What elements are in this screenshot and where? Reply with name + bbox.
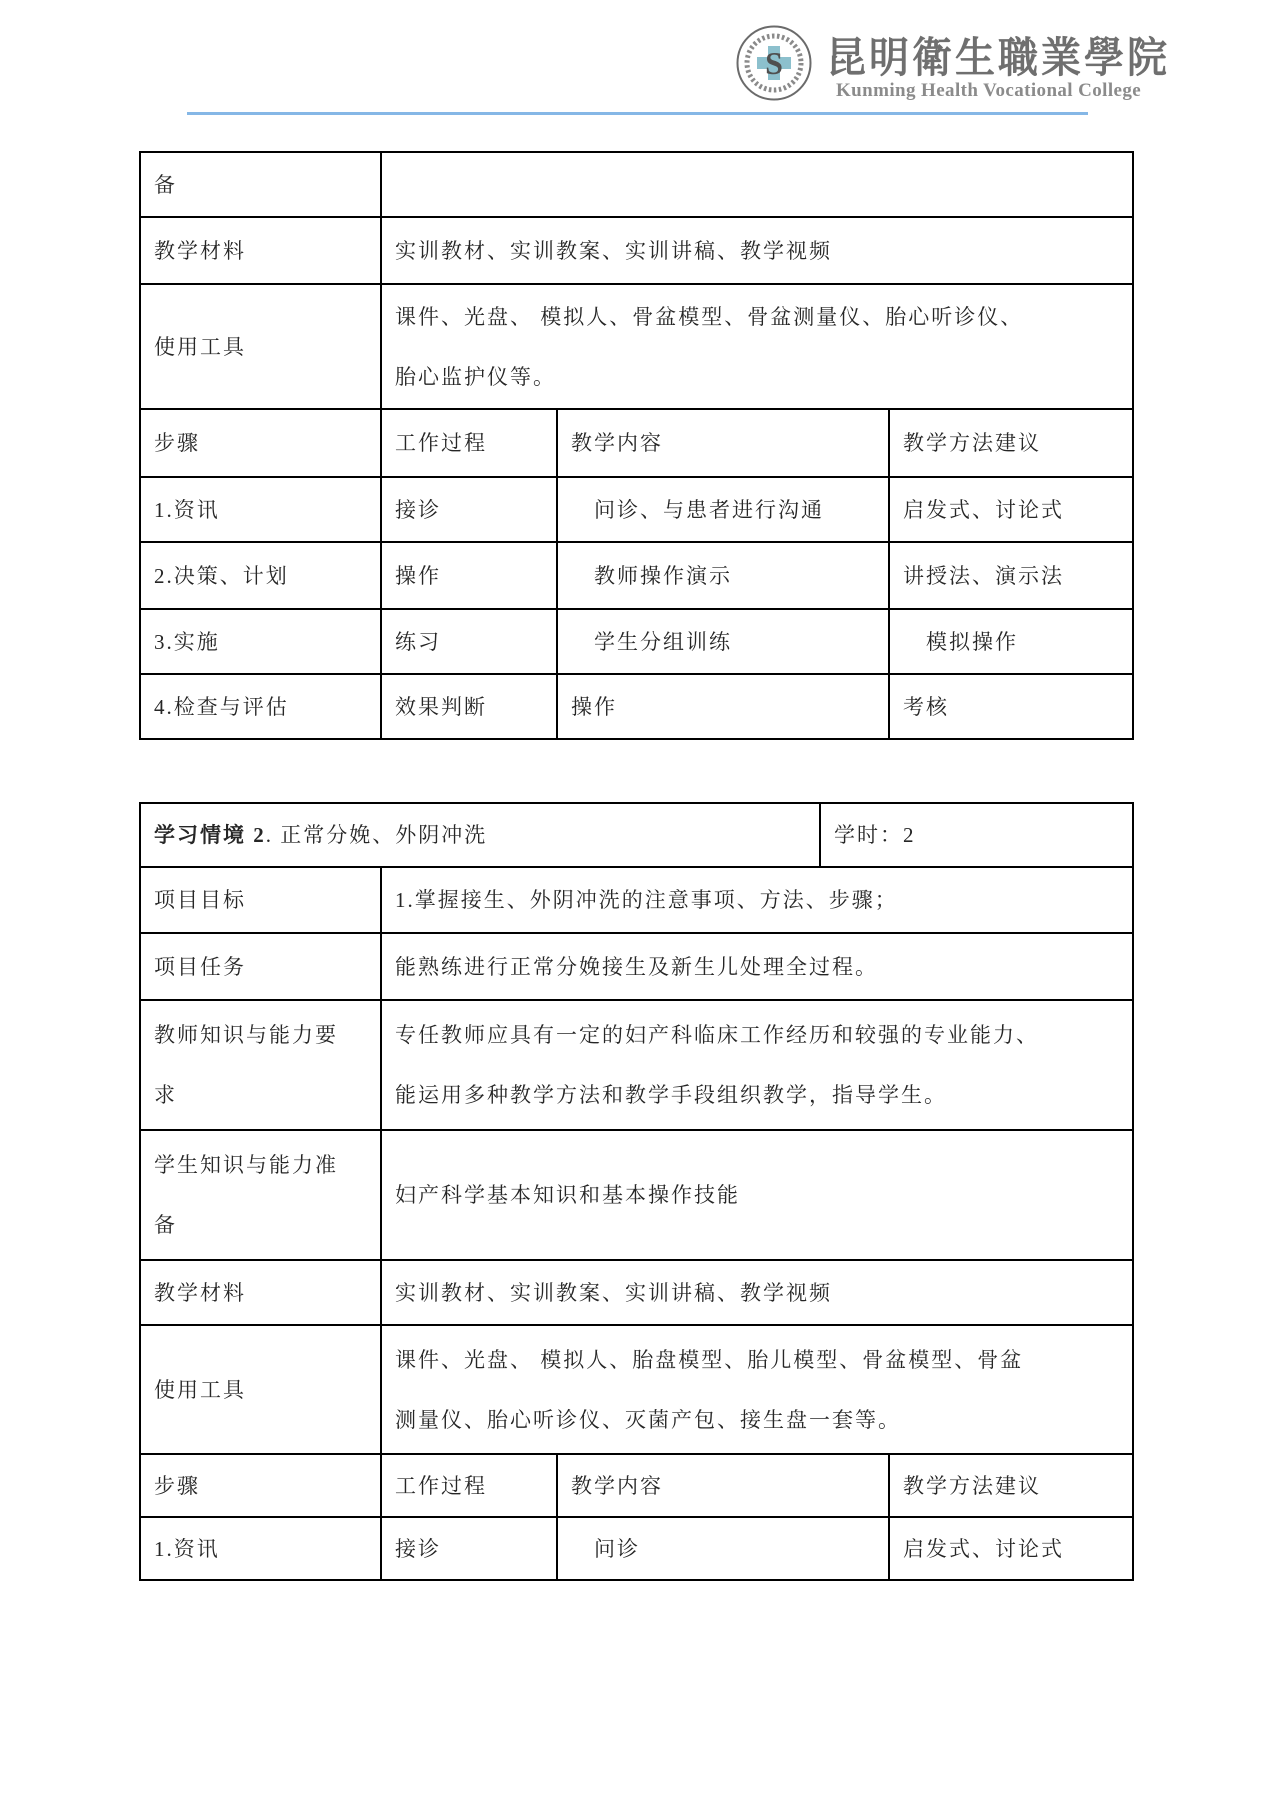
table-row: 教师知识与能力要 求 专任教师应具有一定的妇产科临床工作经历和较强的专业能力、 …	[140, 1000, 1133, 1130]
row-content: 实训教材、实训教案、实训讲稿、教学视频	[381, 1260, 1133, 1325]
row-content: 1.掌握接生、外阴冲洗的注意事项、方法、步骤；	[381, 867, 1133, 933]
col-header-step: 步骤	[140, 1454, 381, 1517]
step-cell: 考核	[889, 674, 1133, 739]
row-content: 课件、光盘、 模拟人、骨盆模型、骨盆测量仪、胎心听诊仪、 胎心监护仪等。	[381, 284, 1133, 409]
row-content	[381, 152, 1133, 217]
step-cell: 操作	[557, 674, 889, 739]
row-label-task: 项目任务	[140, 933, 381, 1000]
step-cell: 模拟操作	[889, 609, 1133, 674]
step-cell: 接诊	[381, 1517, 557, 1580]
step-row: 3.实施 练习 学生分组训练 模拟操作	[140, 609, 1133, 674]
col-header-process: 工作过程	[381, 1454, 557, 1517]
college-name-en: Kunming Health Vocational College	[836, 80, 1136, 102]
step-cell: 问诊	[557, 1517, 889, 1580]
table-row: 教学材料 实训教材、实训教案、实训讲稿、教学视频	[140, 1260, 1133, 1325]
table-row: 项目目标 1.掌握接生、外阴冲洗的注意事项、方法、步骤；	[140, 867, 1133, 933]
row-label-objective: 项目目标	[140, 867, 381, 933]
table-row: 使用工具 课件、光盘、 模拟人、胎盘模型、胎儿模型、骨盆模型、骨盆 测量仪、胎心…	[140, 1325, 1133, 1454]
step-cell: 接诊	[381, 477, 557, 542]
row-content: 专任教师应具有一定的妇产科临床工作经历和较强的专业能力、 能运用多种教学方法和教…	[381, 1000, 1133, 1130]
step-cell: 4.检查与评估	[140, 674, 381, 739]
row-content: 课件、光盘、 模拟人、胎盘模型、胎儿模型、骨盆模型、骨盆 测量仪、胎心听诊仪、灭…	[381, 1325, 1133, 1454]
situation-title: 学习情境 2	[154, 823, 266, 847]
teaching-plan-table-2: 学习情境 2. 正常分娩、外阴冲洗 学时：2 项目目标 1.掌握接生、外阴冲洗的…	[139, 802, 1134, 1581]
step-cell: 教师操作演示	[557, 542, 889, 609]
row-label-teacher-req: 教师知识与能力要 求	[140, 1000, 381, 1130]
table-row: 使用工具 课件、光盘、 模拟人、骨盆模型、骨盆测量仪、胎心听诊仪、 胎心监护仪等…	[140, 284, 1133, 409]
step-cell: 2.决策、计划	[140, 542, 381, 609]
step-row: 4.检查与评估 效果判断 操作 考核	[140, 674, 1133, 739]
step-cell: 启发式、讨论式	[889, 477, 1133, 542]
row-content: 妇产科学基本知识和基本操作技能	[381, 1130, 1133, 1260]
situation-title-cell: 学习情境 2. 正常分娩、外阴冲洗	[140, 803, 820, 867]
row-content: 实训教材、实训教案、实训讲稿、教学视频	[381, 217, 1133, 284]
row-label-tools: 使用工具	[140, 1325, 381, 1454]
steps-header-row: 步骤 工作过程 教学内容 教学方法建议	[140, 1454, 1133, 1517]
document-page: S 昆明衛生職業學院 Kunming Health Vocational Col…	[0, 0, 1274, 1801]
step-cell: 3.实施	[140, 609, 381, 674]
col-header-process: 工作过程	[381, 409, 557, 477]
step-cell: 效果判断	[381, 674, 557, 739]
college-seal-icon: S	[735, 24, 813, 102]
row-label-student-prep: 学生知识与能力准 备	[140, 1130, 381, 1260]
table-row: 学生知识与能力准 备 妇产科学基本知识和基本操作技能	[140, 1130, 1133, 1260]
header-divider	[187, 112, 1088, 115]
college-name-zh: 昆明衛生職業學院	[826, 25, 1126, 80]
table-row: 备	[140, 152, 1133, 217]
col-header-method: 教学方法建议	[889, 1454, 1133, 1517]
title-row: 学习情境 2. 正常分娩、外阴冲洗 学时：2	[140, 803, 1133, 867]
table-row: 教学材料 实训教材、实训教案、实训讲稿、教学视频	[140, 217, 1133, 284]
step-cell: 操作	[381, 542, 557, 609]
col-header-method: 教学方法建议	[889, 409, 1133, 477]
step-cell: 讲授法、演示法	[889, 542, 1133, 609]
row-content: 能熟练进行正常分娩接生及新生儿处理全过程。	[381, 933, 1133, 1000]
step-row: 1.资讯 接诊 问诊、与患者进行沟通 启发式、讨论式	[140, 477, 1133, 542]
row-label-materials: 教学材料	[140, 1260, 381, 1325]
step-cell: 1.资讯	[140, 477, 381, 542]
step-cell: 启发式、讨论式	[889, 1517, 1133, 1580]
step-cell: 学生分组训练	[557, 609, 889, 674]
step-cell: 练习	[381, 609, 557, 674]
svg-text:S: S	[765, 45, 783, 81]
class-hours-cell: 学时：2	[820, 803, 1133, 867]
col-header-step: 步骤	[140, 409, 381, 477]
table-row: 项目任务 能熟练进行正常分娩接生及新生儿处理全过程。	[140, 933, 1133, 1000]
situation-title-rest: . 正常分娩、外阴冲洗	[266, 823, 488, 847]
step-cell: 1.资讯	[140, 1517, 381, 1580]
step-row: 2.决策、计划 操作 教师操作演示 讲授法、演示法	[140, 542, 1133, 609]
row-label-tools: 使用工具	[140, 284, 381, 409]
step-cell: 问诊、与患者进行沟通	[557, 477, 889, 542]
col-header-content: 教学内容	[557, 1454, 889, 1517]
row-label-prep-cont: 备	[140, 152, 381, 217]
col-header-content: 教学内容	[557, 409, 889, 477]
step-row: 1.资讯 接诊 问诊 启发式、讨论式	[140, 1517, 1133, 1580]
teaching-plan-table-1: 备 教学材料 实训教材、实训教案、实训讲稿、教学视频 使用工具 课件、光盘、 模…	[139, 151, 1134, 740]
steps-header-row: 步骤 工作过程 教学内容 教学方法建议	[140, 409, 1133, 477]
row-label-materials: 教学材料	[140, 217, 381, 284]
